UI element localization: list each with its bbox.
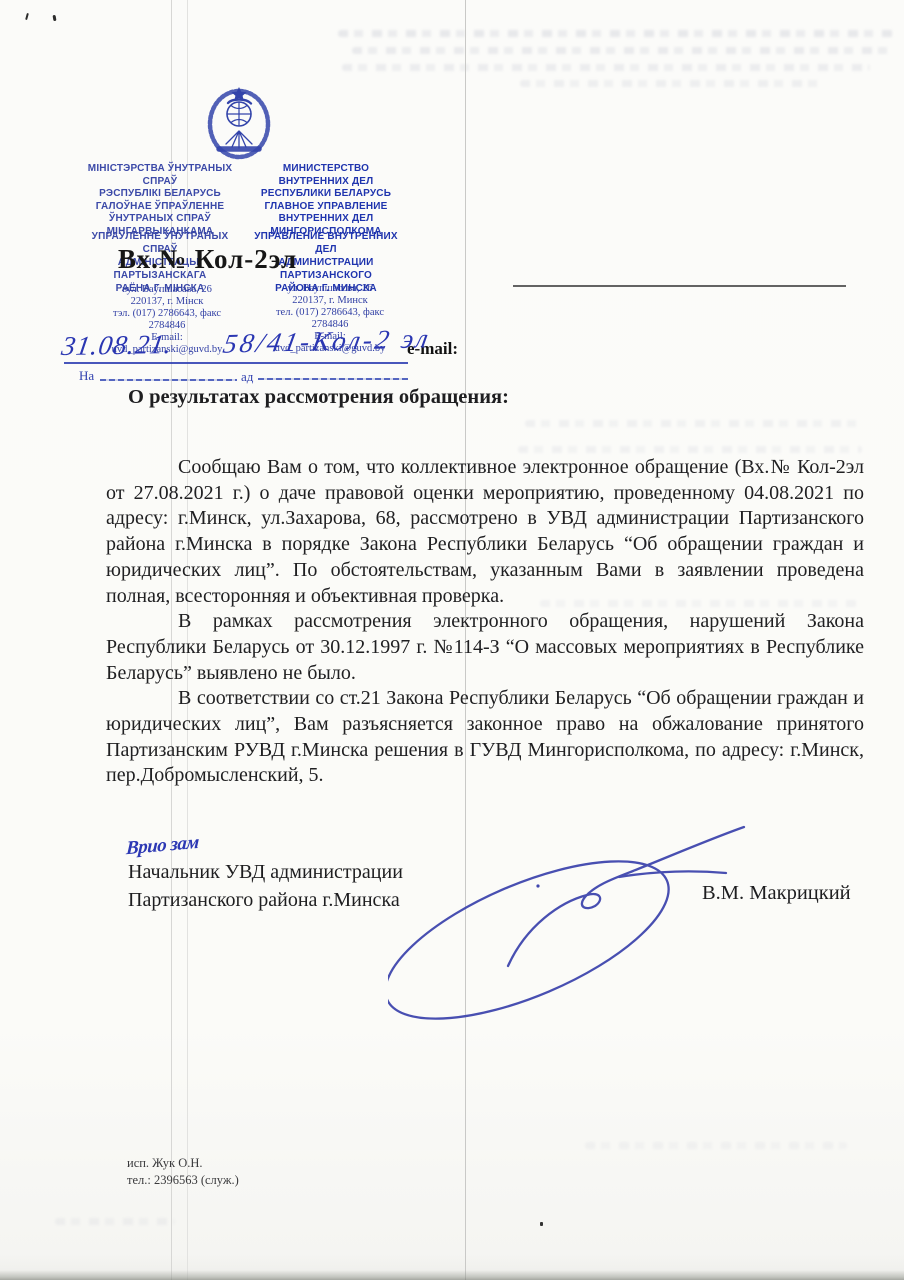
scan-speck: [540, 1222, 543, 1226]
scan-speck: [25, 13, 29, 20]
signer-position: Начальник УВД администрации Партизанског…: [128, 858, 403, 914]
letterhead-line: ГАЛОЎНАЕ ЎПРАЎЛЕННЕ: [75, 201, 245, 214]
registration-underline: [64, 362, 408, 364]
letterhead-ministry-ru: МИНИСТЕРСТВО ВНУТРЕННИХ ДЕЛ РЕСПУБЛИКИ Б…: [250, 163, 402, 239]
addressee-line: [513, 285, 846, 287]
address-line: ул. Ваупшасова, 26: [258, 283, 402, 295]
handwritten-reg-number: 58/41-Кол-2 эл: [221, 323, 434, 359]
form-field-ad: ад: [241, 369, 253, 385]
scan-speck: [53, 15, 57, 21]
form-rule: [100, 379, 237, 381]
letterhead-line: ЎНУТРАНЫХ СПРАЎ: [75, 213, 245, 226]
scanned-letter-page: МІНІСТЭРСТВА ЎНУТРАНЫХ СПРАЎ РЭСПУБЛІКІ …: [0, 0, 904, 1280]
bleedthrough-smudge: [55, 1218, 175, 1225]
belarus-coat-of-arms-icon: [200, 84, 278, 162]
bleedthrough-text: [520, 80, 820, 87]
signer-position-line: Начальник УВД администрации: [128, 858, 403, 886]
bleedthrough-text: [518, 446, 862, 453]
address-line: вул. Ваўпшасава, 26: [97, 284, 237, 296]
signer-position-line: Партизанского района г.Минска: [128, 886, 403, 914]
letterhead-line: РЭСПУБЛІКІ БЕЛАРУСЬ: [75, 188, 245, 201]
form-rule: [258, 378, 408, 380]
scan-bottom-edge: [0, 1270, 904, 1280]
letterhead-line: МІНІСТЭРСТВА ЎНУТРАНЫХ СПРАЎ: [75, 163, 245, 188]
executor-block: исп. Жук О.Н. тел.: 2396563 (служ.): [127, 1155, 239, 1189]
address-line: 220137, г. Минск: [258, 295, 402, 307]
handwritten-date: 31.08.21.: [59, 329, 174, 362]
incoming-registration-stamp: Вх.№ Кол-2эл: [118, 244, 297, 275]
signature: [388, 818, 753, 1033]
body-paragraph: В рамках рассмотрения электронного обращ…: [106, 609, 864, 686]
letterhead-ministry-by: МІНІСТЭРСТВА ЎНУТРАНЫХ СПРАЎ РЭСПУБЛІКІ …: [75, 163, 245, 239]
handwritten-note: Врио зам: [126, 832, 200, 861]
address-line: 220137, г. Мінск: [97, 296, 237, 308]
bleedthrough-text: [342, 64, 870, 71]
form-field-na: На: [79, 368, 94, 384]
body-paragraph: Сообщаю Вам о том, что коллективное элек…: [106, 455, 864, 609]
body-paragraph: В соответствии со ст.21 Закона Республик…: [106, 686, 864, 789]
letterhead-line: РЕСПУБЛИКИ БЕЛАРУСЬ: [250, 188, 402, 201]
executor-phone: тел.: 2396563 (служ.): [127, 1172, 239, 1189]
bleedthrough-text: [352, 47, 892, 54]
bleedthrough-text: [338, 30, 894, 37]
letterhead-line: ГЛАВНОЕ УПРАВЛЕНИЕ: [250, 201, 402, 214]
executor-name: исп. Жук О.Н.: [127, 1155, 239, 1172]
letterhead-line: ВНУТРЕННИХ ДЕЛ: [250, 213, 402, 226]
subject-line: О результатах рассмотрения обращения:: [128, 386, 509, 409]
bleedthrough-text: [525, 420, 860, 427]
bleedthrough-text: [585, 1142, 847, 1149]
letterhead-line: МИНИСТЕРСТВО ВНУТРЕННИХ ДЕЛ: [250, 163, 402, 188]
letter-body: Сообщаю Вам о том, что коллективное элек…: [106, 455, 864, 789]
